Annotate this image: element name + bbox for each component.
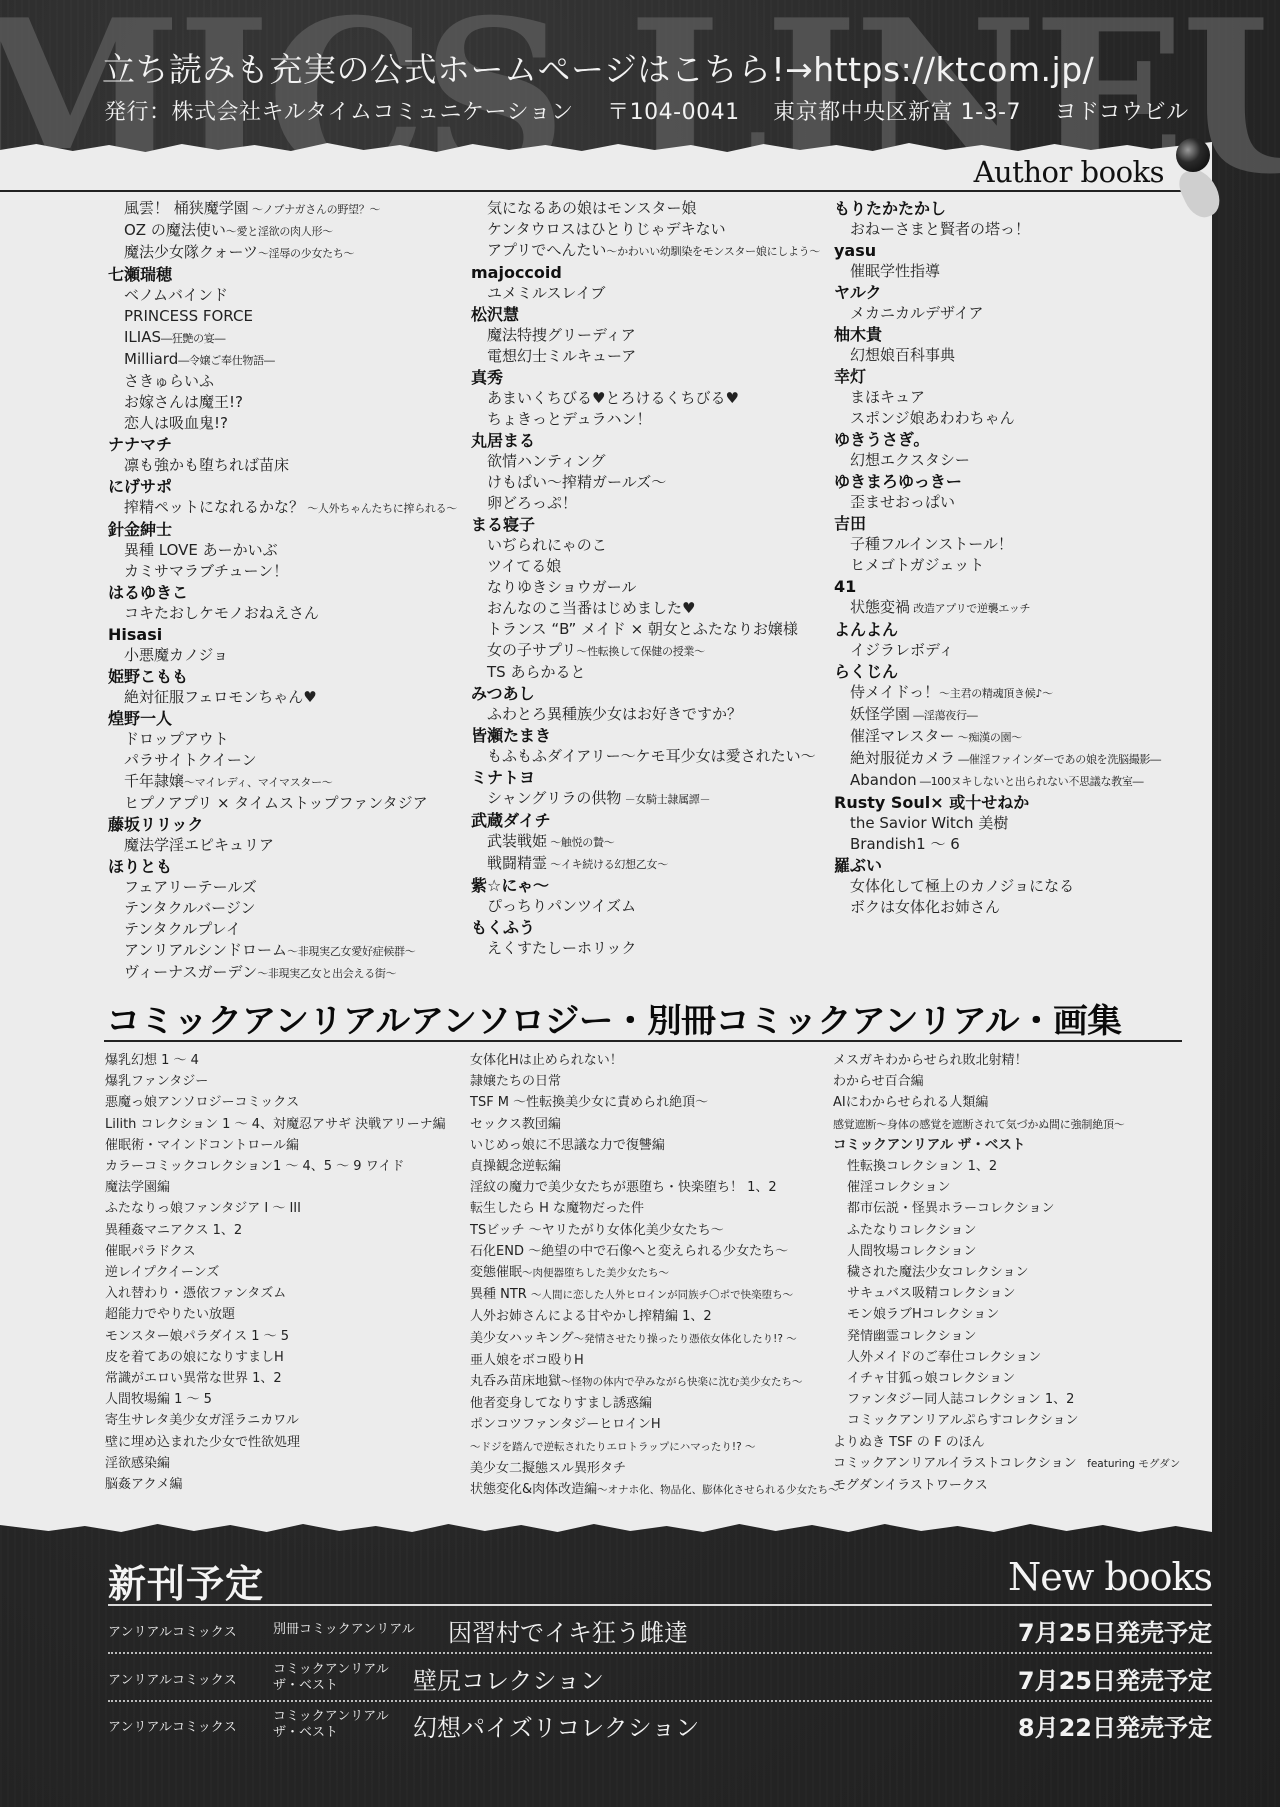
new-books-heading-jp: 新刊予定 — [108, 1553, 264, 1608]
author-name: ミナトヨ — [471, 767, 841, 788]
anthology-title: 人外お姉さんによる甘やかし搾精編 1、2 — [470, 1306, 840, 1327]
book-title: テンタクルプレイ — [108, 919, 478, 940]
book-title: いぢられにゃのこ — [471, 535, 841, 556]
anthology-title: ～ドジを踏んで逆転されたりエロトラップにハマったり!? ～ — [470, 1436, 840, 1458]
anthology-title: いじめっ娘に不思議な力で復讐編 — [470, 1135, 840, 1156]
book-title: 侍メイドっ！～主君の精魂頂き候♪～ — [834, 682, 1204, 704]
anthology-title: メスガキわからせられ敗北射精！ — [833, 1050, 1203, 1071]
book-title: えくすたしーホリック — [471, 938, 841, 959]
book-title: 歪ませおっぱい — [834, 492, 1204, 513]
book-title: 子種フルインストール！ — [834, 534, 1204, 555]
publisher-info: 発行：株式会社キルタイムコミュニケーション 〒104-0041 東京都中央区新富… — [104, 95, 1215, 126]
book-title: ボクは女体化お姉さん — [834, 897, 1204, 918]
book-title: まほキュア — [834, 387, 1204, 408]
subtitle: ～性転換して保健の授業～ — [576, 645, 704, 658]
author-name: 羅ぶい — [834, 855, 1204, 876]
subtitle: ～ノブナガさんの野望？～ — [249, 203, 380, 216]
anthology-title: 脳姦アクメ編 — [105, 1474, 475, 1495]
book-title: ふわとろ異種族少女はお好きですか？ — [471, 704, 841, 725]
pushpin-icon — [1176, 138, 1210, 172]
subtitle: ―催淫ファインダーであの娘を洗脳撮影― — [955, 753, 1161, 766]
author-name: 煌野一人 — [108, 708, 478, 729]
release-date: 8月22日発売予定 — [1018, 1708, 1212, 1743]
book-title: アプリでへんたい～かわいい幼馴染をモンスター娘にしよう～ — [471, 240, 841, 262]
book-title: 催眠学性指導 — [834, 261, 1204, 282]
anthology-title: イチャ甘狐っ娘コレクション — [833, 1368, 1203, 1389]
subtitle: ～非現実乙女愛好症候群～ — [287, 945, 415, 958]
subtitle: ～ドジを踏んで逆転されたりエロトラップにハマったり!? ～ — [470, 1441, 756, 1453]
book-title: ツイてる娘 — [471, 556, 841, 577]
anthology-column-3: メスガキわからせられ敗北射精！わからせ百合編AIにわからせられる人類編感覚遮断～… — [833, 1050, 1203, 1496]
anthology-title: モン娘ラブHコレクション — [833, 1304, 1203, 1325]
subtitle: ―100ヌキしないと出られない不思議な教室― — [917, 775, 1144, 788]
subtitle: 改造アプリで逆襲エッチ — [910, 602, 1030, 615]
divider — [108, 1604, 1212, 1606]
anthology-title: 異種姦マニアクス 1、2 — [105, 1220, 475, 1241]
subtitle: ―令嬢ご奉仕物語― — [178, 354, 274, 367]
book-title: 小悪魔カノジョ — [108, 645, 478, 666]
book-title: 妖怪学園 ―淫蕩夜行― — [834, 704, 1204, 726]
series-heading: コミックアンリアル ザ・ベスト — [833, 1135, 1203, 1156]
address: 東京都中央区新富 1-3-7 — [773, 100, 1021, 125]
release-date: 7月25日発売予定 — [1018, 1613, 1212, 1648]
book-title: 因習村でイキ狂う雌達 — [448, 1613, 688, 1648]
anthology-title: 超能力でやりたい放題 — [105, 1304, 475, 1325]
book-title: もふもふダイアリー～ケモ耳少女は愛されたい～ — [471, 746, 841, 767]
book-title: 状態変禍 改造アプリで逆襲エッチ — [834, 597, 1204, 619]
book-title: パラサイトクイーン — [108, 750, 478, 771]
anthology-title: 魔法学園編 — [105, 1177, 475, 1198]
anthology-title: 石化END ～絶望の中で石像へと変えられる少女たち～ — [470, 1241, 840, 1262]
book-title: ヒプノアプリ × タイムストップファンタジア — [108, 793, 478, 814]
anthology-title: 丸呑み苗床地獄～怪物の体内で孕みながら快楽に沈む美少女たち～ — [470, 1371, 840, 1393]
book-title: ヴィーナスガーデン～非現実乙女と出会える街～ — [108, 962, 478, 984]
subtitle: ～触悦の贄～ — [547, 836, 614, 849]
book-title: 魔法学淫エピキュリア — [108, 835, 478, 856]
anthology-title: 皮を着てあの娘になりすましH — [105, 1347, 475, 1368]
subtitle: ～愛と淫欲の肉人形～ — [226, 225, 333, 238]
book-title: ケンタウロスはひとりじゃデキない — [471, 219, 841, 240]
author-name: よんよん — [834, 619, 1204, 640]
author-name: ほりとも — [108, 856, 478, 877]
author-name: みつあし — [471, 683, 841, 704]
imprint-label: アンリアルコミックス — [108, 1716, 273, 1735]
book-title: 絶対征服フェロモンちゃん♥ — [108, 687, 478, 708]
anthology-column-1: 爆乳幻想 1 ～ 4爆乳ファンタジー悪魔っ娘アンソロジーコミックスLilith … — [105, 1050, 475, 1495]
author-name: もくふう — [471, 917, 841, 938]
author-column-2: 気になるあの娘はモンスター娘ケンタウロスはひとりじゃデキないアプリでへんたい～か… — [471, 198, 841, 959]
book-title: TS あらかると — [471, 662, 841, 683]
book-title: ぴっちりパンツイズム — [471, 896, 841, 917]
book-title: ILIAS―狂艶の宴― — [108, 327, 478, 349]
anthology-title: 異種 NTR ～人間に恋した人外ヒロインが同族チ〇ポで快楽堕ち～ — [470, 1284, 840, 1306]
book-title: 魔法特捜グリーディア — [471, 325, 841, 346]
anthology-title: 都市伝説・怪異ホラーコレクション — [833, 1198, 1203, 1219]
subtitle: featuring モグダン — [1077, 1458, 1181, 1470]
book-title: 壁尻コレクション — [413, 1661, 604, 1696]
author-name: majoccoid — [471, 262, 841, 283]
author-name: にげサポ — [108, 476, 478, 497]
author-name: 武蔵ダイチ — [471, 810, 841, 831]
book-title: 凛も強かも堕ちれば苗床 — [108, 455, 478, 476]
book-title: フェアリーテールズ — [108, 877, 478, 898]
anthology-title: コミックアンリアルイラストコレクション featuring モグダン — [833, 1453, 1203, 1475]
anthology-title: 淫紋の魔力で美少女たちが悪堕ち・快楽堕ち！ 1、2 — [470, 1177, 840, 1198]
building-name: ヨドコウビル — [1054, 100, 1188, 125]
book-title: 絶対服従カメラ ―催淫ファインダーであの娘を洗脳撮影― — [834, 748, 1204, 770]
divider — [0, 190, 1182, 192]
subtitle: ～人間に恋した人外ヒロインが同族チ〇ポで快楽堕ち～ — [531, 1289, 793, 1301]
anthology-title: セックス教団編 — [470, 1114, 840, 1135]
anthology-title: 寄生サレタ美少女ガ淫ラニカワル — [105, 1410, 475, 1431]
author-name: ゆきまろゆっきー — [834, 471, 1204, 492]
new-books-heading-en: New books — [1008, 1555, 1212, 1599]
anthology-title: 人間牧場編 1 ～ 5 — [105, 1389, 475, 1410]
anthology-title: わからせ百合編 — [833, 1071, 1203, 1092]
book-title: 気になるあの娘はモンスター娘 — [471, 198, 841, 219]
new-book-row: アンリアルコミックス 別冊コミックアンリアル 因習村でイキ狂う雌達 7月25日発… — [108, 1608, 1212, 1654]
anthology-title: 爆乳幻想 1 ～ 4 — [105, 1050, 475, 1071]
imprint-label: アンリアルコミックス — [108, 1669, 273, 1688]
anthology-column-2: 女体化Hは止められない！隷嬢たちの日常TSF M ～性転換美少女に責められ絶頂～… — [470, 1050, 840, 1501]
subtitle: ～かわいい幼馴染をモンスター娘にしよう～ — [606, 245, 820, 258]
anthology-title: 発情幽霊コレクション — [833, 1326, 1203, 1347]
author-name: 姫野こもも — [108, 666, 478, 687]
author-name: らくじん — [834, 661, 1204, 682]
author-name: 紫☆にゃ～ — [471, 875, 841, 896]
author-name: 皆瀬たまき — [471, 725, 841, 746]
anthology-title: 人間牧場コレクション — [833, 1241, 1203, 1262]
subtitle: ～マイレディ、マイマスター～ — [184, 776, 332, 789]
anthology-title: よりぬき TSF の F のほん — [833, 1432, 1203, 1453]
anthology-title: 変態催眠～肉便器堕ちした美少女たち～ — [470, 1262, 840, 1284]
anthology-title: ファンタジー同人誌コレクション 1、2 — [833, 1389, 1203, 1410]
book-title: OZ の魔法使い～愛と淫欲の肉人形～ — [108, 220, 478, 242]
release-date: 7月25日発売予定 — [1018, 1661, 1212, 1696]
anthology-title: 性転換コレクション 1、2 — [833, 1156, 1203, 1177]
anthology-title: Lilith コレクション 1 ～ 4、対魔忍アサギ 決戦アリーナ編 — [105, 1114, 475, 1135]
book-title: 恋人は吸血鬼!? — [108, 413, 478, 434]
anthology-title: 他者変身してなりすまし誘惑編 — [470, 1393, 840, 1414]
anthology-title: コミックアンリアルぷらすコレクション — [833, 1410, 1203, 1431]
subtitle: ―狂艶の宴― — [161, 332, 225, 345]
book-title: シャングリラの供物 －女騎士隷属譚－ — [471, 788, 841, 810]
anthology-title: AIにわからせられる人類編 — [833, 1092, 1203, 1113]
anthology-title: モグダンイラストワークス — [833, 1475, 1203, 1496]
book-title: 女体化して極上のカノジョになる — [834, 876, 1204, 897]
book-title: PRINCESS FORCE — [108, 306, 478, 327]
book-title: the Savior Witch 美樹 — [834, 813, 1204, 834]
anthology-title: 貞操観念逆転編 — [470, 1156, 840, 1177]
author-name: ゆきうさぎ。 — [834, 429, 1204, 450]
book-title: 女の子サプリ～性転換して保健の授業～ — [471, 640, 841, 662]
imprint-label: アンリアルコミックス — [108, 1621, 273, 1640]
book-title: 電想幻士ミルキューア — [471, 346, 841, 367]
anthology-title: 隷嬢たちの日常 — [470, 1071, 840, 1092]
subtitle: ～非現実乙女と出会える街～ — [257, 967, 396, 980]
subtitle: ～人外ちゃんたちに搾られる～ — [304, 502, 457, 515]
book-title: 搾精ペットになれるかな？ ～人外ちゃんたちに搾られる～ — [108, 497, 478, 519]
book-title: Milliard―令嬢ご奉仕物語― — [108, 349, 478, 371]
subtitle: ～痴漢の園～ — [955, 731, 1022, 744]
anthology-title: 壁に埋め込まれた少女で性欲処理 — [105, 1432, 475, 1453]
book-title: 風雲！ 桶狭魔学園 ～ノブナガさんの野望？～ — [108, 198, 478, 220]
book-title: 幻想パイズリコレクション — [413, 1708, 699, 1743]
new-book-row: アンリアルコミックス コミックアンリアル ザ・ベスト 壁尻コレクション 7月25… — [108, 1656, 1212, 1702]
author-column-1: 風雲！ 桶狭魔学園 ～ノブナガさんの野望？～OZ の魔法使い～愛と淫欲の肉人形～… — [108, 198, 478, 984]
book-title: けもぱい～搾精ガールズ～ — [471, 472, 841, 493]
subtitle: ～主君の精魂頂き候♪～ — [939, 687, 1053, 700]
book-title: イジラレボディ — [834, 640, 1204, 661]
book-title: スポンジ娘あわわちゃん — [834, 408, 1204, 429]
book-title: 欲情ハンティング — [471, 451, 841, 472]
anthology-title: 催淫コレクション — [833, 1177, 1203, 1198]
anthology-title: 催眠パラドクス — [105, 1241, 475, 1262]
anthology-title: 美少女ハッキング～発情させたり操ったり憑依女体化したり!? ～ — [470, 1328, 840, 1350]
author-name: 七瀬瑞穂 — [108, 264, 478, 285]
book-title: さきゅらいふ — [108, 371, 478, 392]
publisher-name: 発行：株式会社キルタイムコミュニケーション — [104, 100, 574, 125]
author-name: 幸灯 — [834, 366, 1204, 387]
book-title: Abandon ―100ヌキしないと出られない不思議な教室― — [834, 770, 1204, 792]
author-name: はるゆきこ — [108, 582, 478, 603]
anthology-title: 催眠術・マインドコントロール編 — [105, 1135, 475, 1156]
author-name: Hisasi — [108, 624, 478, 645]
anthology-title: TSビッチ ～ヤリたがり女体化美少女たち～ — [470, 1220, 840, 1241]
book-title: 幻想エクスタシー — [834, 450, 1204, 471]
book-title: 幻想娘百科事典 — [834, 345, 1204, 366]
author-name: 真秀 — [471, 367, 841, 388]
anthology-title: 穢された魔法少女コレクション — [833, 1262, 1203, 1283]
book-title: 武装戦姫 ～触悦の贄～ — [471, 831, 841, 853]
anthology-title: 爆乳ファンタジー — [105, 1071, 475, 1092]
postal-code: 〒104-0041 — [607, 100, 739, 125]
anthology-title: 常識がエロい異常な世界 1、2 — [105, 1368, 475, 1389]
author-name: 松沢慧 — [471, 304, 841, 325]
author-name: もりたかたかし — [834, 198, 1204, 219]
subtitle: ～イキ続ける幻想乙女～ — [547, 858, 668, 871]
series-label: 別冊コミックアンリアル — [273, 1622, 448, 1638]
author-books-heading: Author books — [974, 155, 1164, 189]
anthology-title: サキュバス吸精コレクション — [833, 1283, 1203, 1304]
anthology-title: 状態変化&肉体改造編～オナホ化、物品化、膨体化させられる少女たち～ — [470, 1479, 840, 1501]
book-title: コキたおしケモノおねえさん — [108, 603, 478, 624]
subtitle: ～オナホ化、物品化、膨体化させられる少女たち～ — [597, 1484, 839, 1496]
book-title: 異種 LOVE あーかいぶ — [108, 540, 478, 561]
anthology-title: 美少女二擬態スル異形タチ — [470, 1458, 840, 1479]
book-title: メカニカルデザイア — [834, 303, 1204, 324]
book-title: お嫁さんは魔王!? — [108, 392, 478, 413]
anthology-title: 転生したら H な魔物だった件 — [470, 1198, 840, 1219]
book-title: 戦闘精霊 ～イキ続ける幻想乙女～ — [471, 853, 841, 875]
book-title: アンリアルシンドローム～非現実乙女愛好症候群～ — [108, 940, 478, 962]
anthology-title: 入れ替わり・憑依ファンタズム — [105, 1283, 475, 1304]
book-title: あまいくちびる♥とろけるくちびる♥ — [471, 388, 841, 409]
author-name: ヤルク — [834, 282, 1204, 303]
new-book-row: アンリアルコミックス コミックアンリアル ザ・ベスト 幻想パイズリコレクション … — [108, 1702, 1212, 1748]
anthology-title: モンスター娘パラダイス 1 ～ 5 — [105, 1326, 475, 1347]
homepage-promo-text: 立ち読みも充実の公式ホームページはこちら!→https://ktcom.jp/ — [102, 44, 1094, 91]
anthology-title: 人外メイドのご奉仕コレクション — [833, 1347, 1203, 1368]
anthology-title: ポンコツファンタジーヒロインH — [470, 1414, 840, 1435]
anthology-title: 感覚遮断～身体の感覚を遮断されて気づかぬ間に強制絶頂～ — [833, 1114, 1203, 1135]
subtitle: ～淫辱の少女たち～ — [258, 247, 354, 260]
book-title: 催淫マレスター ～痴漢の園～ — [834, 726, 1204, 748]
anthology-title: TSF M ～性転換美少女に責められ絶頂～ — [470, 1092, 840, 1113]
anthology-title: 女体化Hは止められない！ — [470, 1050, 840, 1071]
anthology-heading: コミックアンリアルアンソロジー・別冊コミックアンリアル・画集 — [106, 995, 1121, 1042]
author-name: yasu — [834, 240, 1204, 261]
anthology-title: ふたなりコレクション — [833, 1220, 1203, 1241]
book-title: 千年隷嬢～マイレディ、マイマスター～ — [108, 771, 478, 793]
author-name: ナナマチ — [108, 434, 478, 455]
author-column-3: もりたかたかしおねーさまと賢者の塔っ！yasu催眠学性指導ヤルクメカニカルデザイ… — [834, 198, 1204, 918]
book-title: なりゆきショウガール — [471, 577, 841, 598]
book-title: ヒメゴトガジェット — [834, 555, 1204, 576]
author-name: まる寝子 — [471, 514, 841, 535]
subtitle: －女騎士隷属譚－ — [621, 793, 710, 806]
series-label: コミックアンリアル ザ・ベスト — [273, 1709, 413, 1741]
book-title: ユメミルスレイブ — [471, 283, 841, 304]
book-title: 魔法少女隊クォーツ～淫辱の少女たち～ — [108, 242, 478, 264]
anthology-title: カラーコミックコレクション1 ～ 4、5 ～ 9 ワイド — [105, 1156, 475, 1177]
book-title: ベノムバインド — [108, 285, 478, 306]
book-title: カミサマラブチューン！ — [108, 561, 478, 582]
subtitle: ―淫蕩夜行― — [910, 709, 977, 722]
divider — [104, 1040, 1182, 1042]
author-name: 針金紳士 — [108, 519, 478, 540]
book-title: おんなのこ当番はじめました♥ — [471, 598, 841, 619]
series-label: コミックアンリアル ザ・ベスト — [273, 1662, 413, 1694]
author-name: Rusty Soul× 或十せねか — [834, 792, 1204, 813]
anthology-title: 逆レイプクイーンズ — [105, 1262, 475, 1283]
author-name: 丸居まる — [471, 430, 841, 451]
book-title: ドロップアウト — [108, 729, 478, 750]
author-name: 41 — [834, 576, 1204, 597]
anthology-title: 亜人娘をボコ殴りH — [470, 1350, 840, 1371]
book-title: Brandish1 ～ 6 — [834, 834, 1204, 855]
book-title: おねーさまと賢者の塔っ！ — [834, 219, 1204, 240]
author-name: 藤坂リリック — [108, 814, 478, 835]
book-title: テンタクルバージン — [108, 898, 478, 919]
book-title: ちょきっとデュラハン！ — [471, 409, 841, 430]
book-title: 卵どろっぷ！ — [471, 493, 841, 514]
subtitle: ～発情させたり操ったり憑依女体化したり!? ～ — [574, 1333, 797, 1345]
author-name: 柚木貴 — [834, 324, 1204, 345]
anthology-title: 悪魔っ娘アンソロジーコミックス — [105, 1092, 475, 1113]
subtitle: ～肉便器堕ちした美少女たち～ — [522, 1267, 669, 1279]
book-title: トランス “B” メイド × 朝女とふたなりお嬢様 — [471, 619, 841, 640]
author-name: 吉田 — [834, 513, 1204, 534]
anthology-title: 淫欲感染編 — [105, 1453, 475, 1474]
subtitle: ～怪物の体内で孕みながら快楽に沈む美少女たち～ — [561, 1376, 803, 1388]
anthology-title: ふたなりっ娘ファンタジア I ～ III — [105, 1198, 475, 1219]
